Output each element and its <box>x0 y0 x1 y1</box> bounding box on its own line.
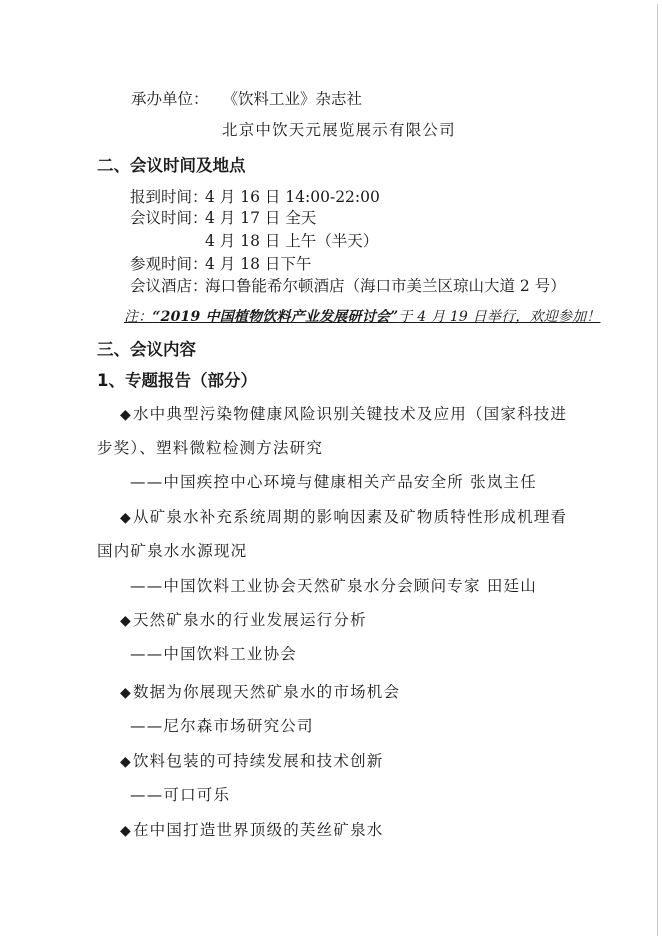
diamond-bullet-icon: ◆ <box>120 510 132 526</box>
report-item-1-title-cont: 步奖）、塑料微粒检测方法研究 <box>97 438 323 458</box>
schedule-row-hotel: 会议酒店：海口鲁能希尔顿酒店（海口市美兰区琼山大道 2 号） <box>130 276 566 296</box>
report-item-4-title: ◆数据为你展现天然矿泉水的市场机会 <box>120 682 400 703</box>
schedule-label: 报到时间： <box>130 187 205 207</box>
schedule-row-meeting: 会议时间：4 月 17 日 全天 <box>130 208 316 228</box>
document-page: 承办单位：《饮料工业》杂志社 北京中饮天元展览展示有限公司 二、会议时间及地点 … <box>0 0 662 936</box>
diamond-bullet-icon: ◆ <box>120 407 132 423</box>
note-prefix: 注： <box>124 309 152 325</box>
schedule-value: 4 月 16 日 14:00-22:00 <box>205 188 380 206</box>
schedule-value: 海口鲁能希尔顿酒店（海口市美兰区琼山大道 2 号） <box>205 277 566 295</box>
subsection-heading: 1、专题报告（部分） <box>97 371 257 391</box>
diamond-bullet-icon: ◆ <box>120 613 132 629</box>
note-event-name: “2019 中国植物饮料产业发展研讨会” <box>152 309 398 325</box>
organizer-label: 承办单位： <box>131 90 209 108</box>
schedule-value: 4 月 18 日 上午（半天） <box>205 232 378 250</box>
report-item-2-speaker: ——中国饮料工业协会天然矿泉水分会顾问专家 田廷山 <box>130 576 537 596</box>
report-item-3-speaker: ——中国饮料工业协会 <box>130 644 297 664</box>
report-item-2-title-cont: 国内矿泉水水源现况 <box>97 541 247 561</box>
event-note: 注：“2019 中国植物饮料产业发展研讨会”于 4 月 19 日举行，欢迎参加！ <box>124 307 600 327</box>
report-item-6-title: ◆在中国打造世界顶级的芙丝矿泉水 <box>120 820 383 841</box>
report-item-3-title: ◆天然矿泉水的行业发展运行分析 <box>120 610 367 631</box>
schedule-row-visit: 参观时间：4 月 18 日下午 <box>130 254 311 274</box>
report-item-1-title: ◆水中典型污染物健康风险识别关键技术及应用（国家科技进 <box>120 404 567 425</box>
report-item-5-speaker: ——可口可乐 <box>130 785 230 805</box>
schedule-row-checkin: 报到时间：4 月 16 日 14:00-22:00 <box>130 187 380 207</box>
schedule-label: 会议时间： <box>130 208 205 228</box>
organizer-line-1: 承办单位：《饮料工业》杂志社 <box>131 89 362 109</box>
diamond-bullet-icon: ◆ <box>120 754 132 770</box>
schedule-label: 会议酒店： <box>130 276 205 296</box>
section-3-heading: 三、会议内容 <box>97 340 196 360</box>
diamond-bullet-icon: ◆ <box>120 823 132 839</box>
report-item-5-title: ◆饮料包装的可持续发展和技术创新 <box>120 751 383 772</box>
schedule-value: 4 月 17 日 全天 <box>205 209 316 227</box>
organizer-name-1: 《饮料工业》杂志社 <box>223 90 363 108</box>
note-suffix: 于 4 月 19 日举行，欢迎参加！ <box>398 309 600 325</box>
schedule-value: 4 月 18 日下午 <box>205 255 311 273</box>
diamond-bullet-icon: ◆ <box>120 685 132 701</box>
report-item-4-speaker: ——尼尔森市场研究公司 <box>130 716 314 736</box>
schedule-row-meeting-day2: 4 月 18 日 上午（半天） <box>130 231 378 251</box>
report-item-1-speaker: ——中国疾控中心环境与健康相关产品安全所 张岚主任 <box>130 472 537 492</box>
report-item-2-title: ◆从矿泉水补充系统周期的影响因素及矿物质特性形成机理看 <box>120 507 567 528</box>
scan-edge-line <box>657 4 658 936</box>
organizer-name-2: 北京中饮天元展览展示有限公司 <box>222 120 456 140</box>
section-2-heading: 二、会议时间及地点 <box>97 156 246 176</box>
schedule-label: 参观时间： <box>130 254 205 274</box>
